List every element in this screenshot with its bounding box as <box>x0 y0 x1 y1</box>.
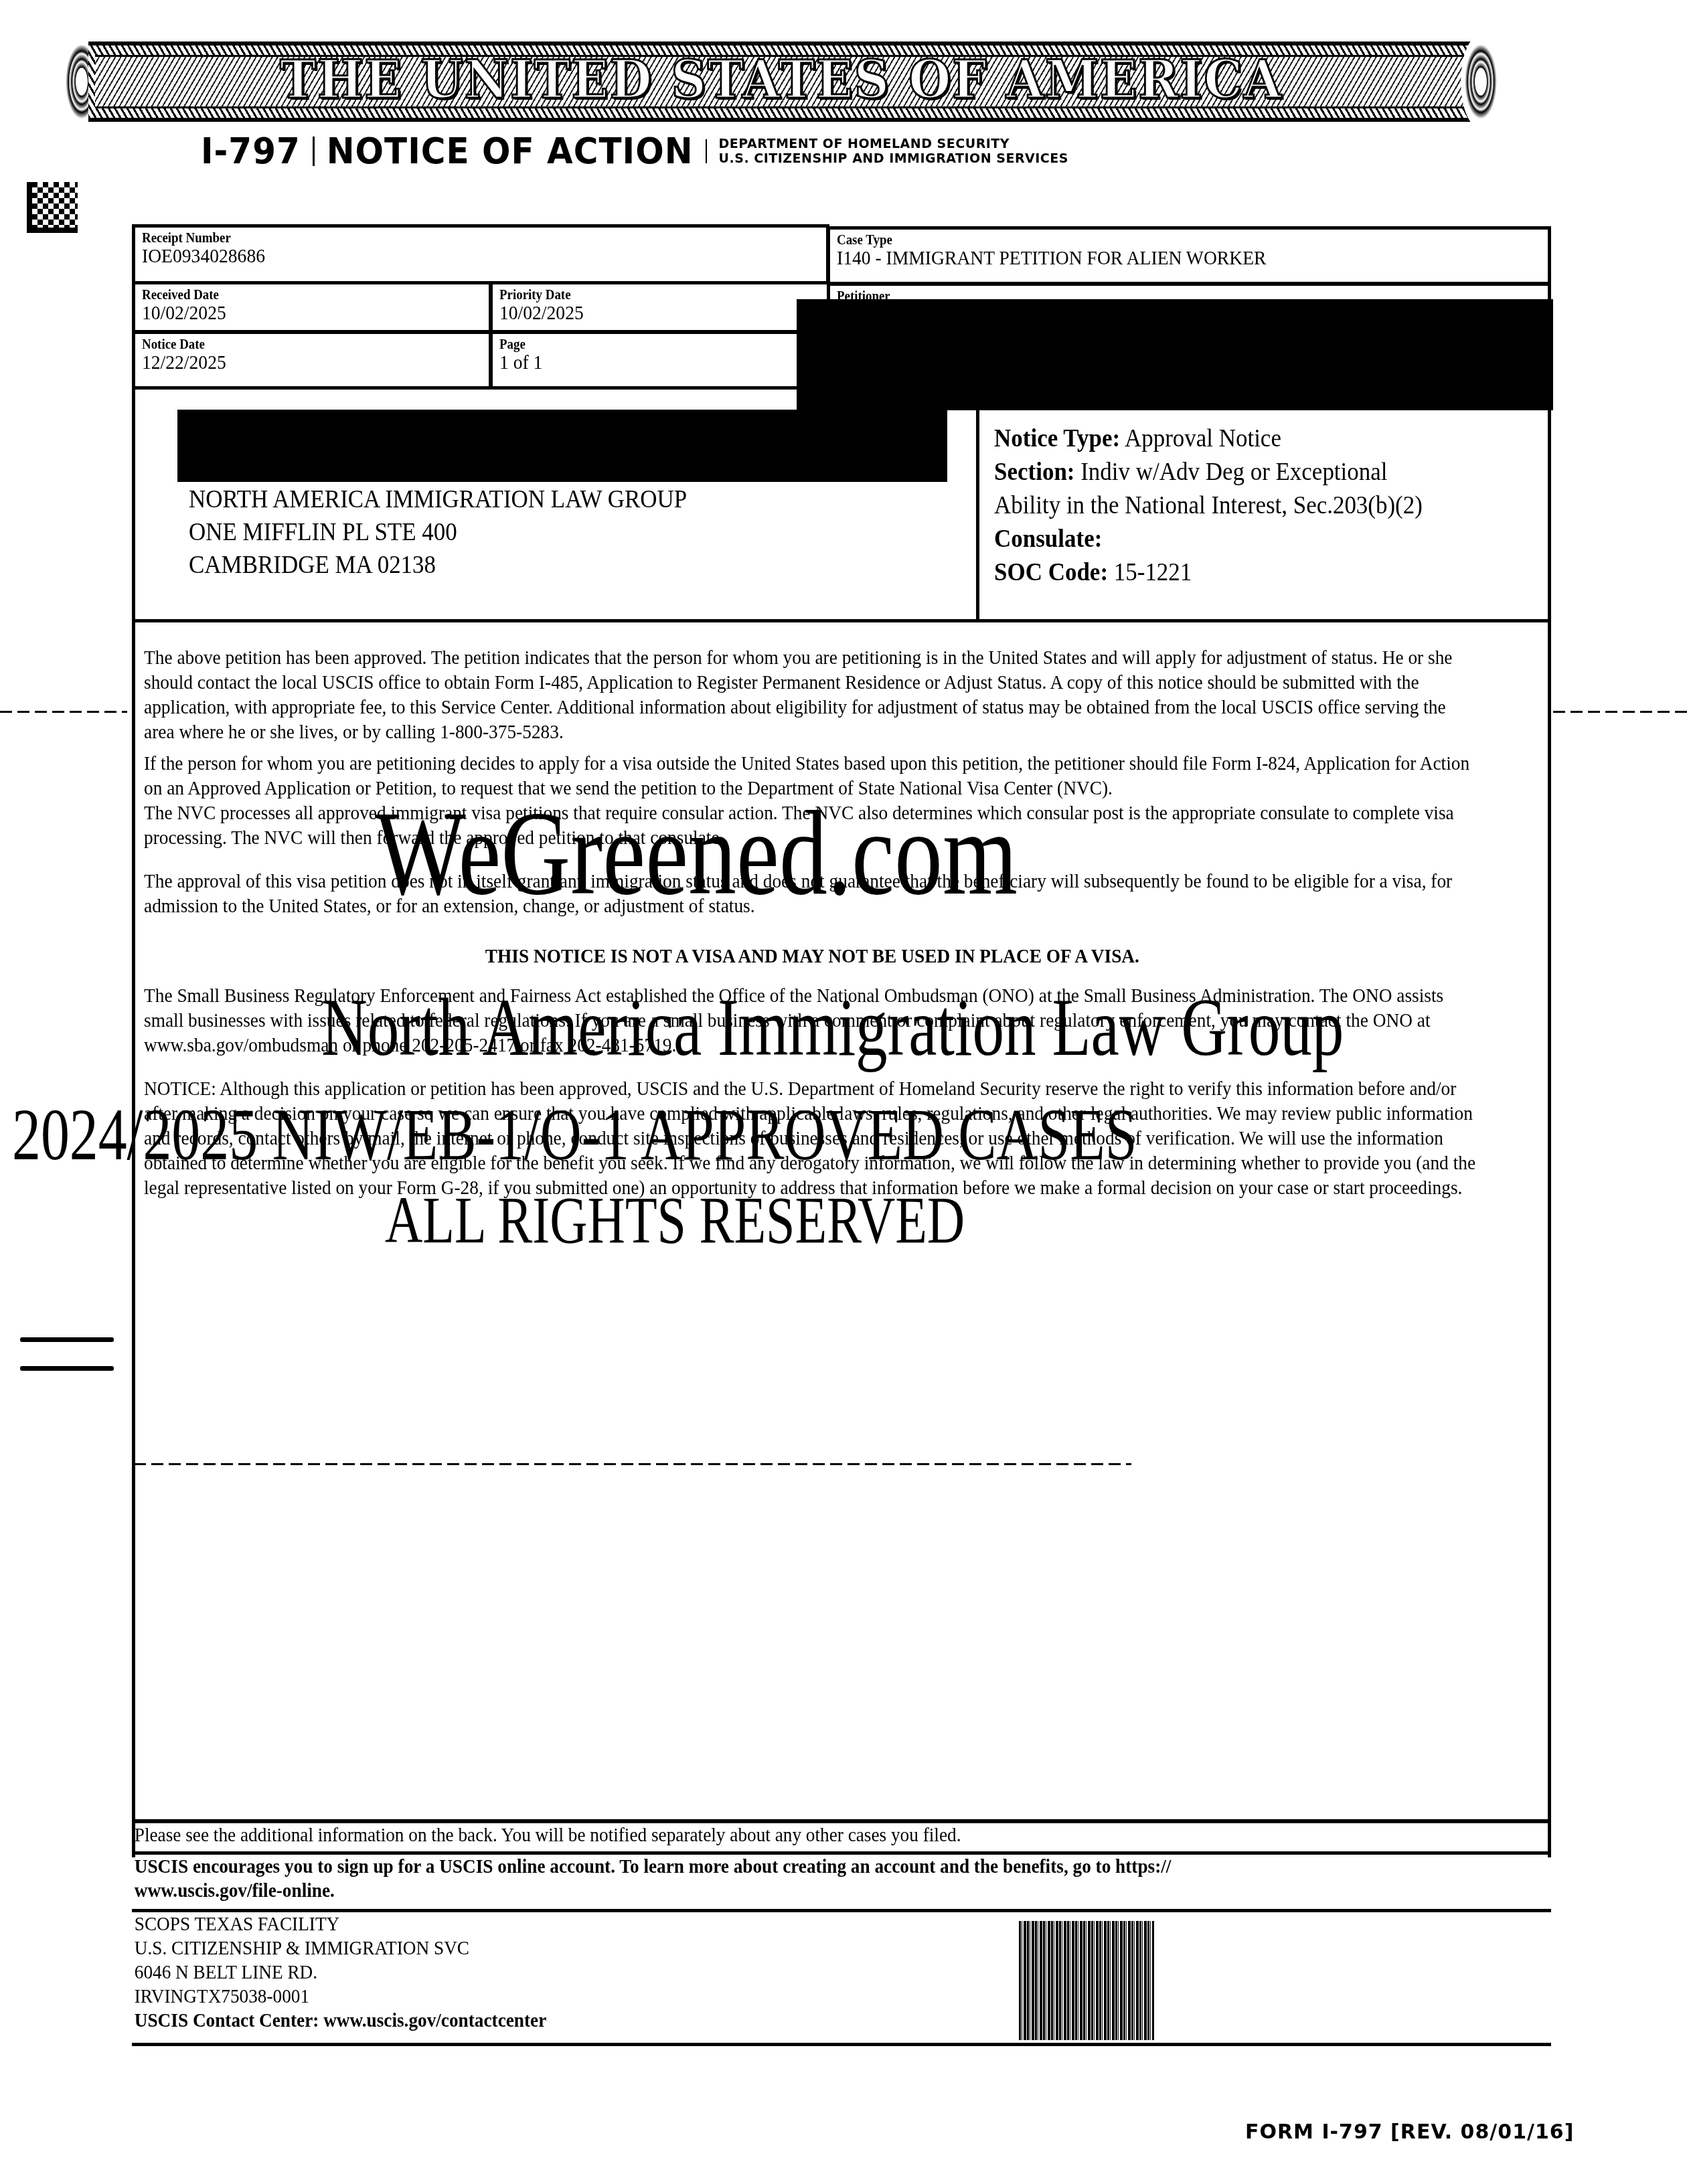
separator <box>313 137 315 166</box>
mailing-address: NORTH AMERICA IMMIGRATION LAW GROUP ONE … <box>189 483 687 582</box>
online-account-row: USCIS encourages you to sign up for a US… <box>132 1851 1551 1909</box>
datamatrix-code-icon <box>27 182 78 233</box>
service-center-row: SCOPS TEXAS FACILITY U.S. CITIZENSHIP & … <box>132 1909 1551 2046</box>
case-type: I140 - IMMIGRANT PETITION FOR ALIEN WORK… <box>837 247 1485 270</box>
section-line: Section: Indiv w/Adv Deg or Exceptional <box>994 455 1506 489</box>
case-type-label: Case Type <box>837 232 1471 247</box>
form-revision: FORM I-797 [REV. 08/01/16] <box>1245 2120 1574 2144</box>
received-date-label: Received Date <box>142 287 448 302</box>
body-paragraph: The above petition has been approved. Th… <box>144 646 1481 745</box>
receipt-number: IOE0934028686 <box>142 245 765 268</box>
scan-dash-rule <box>1553 711 1687 713</box>
agency-line: DEPARTMENT OF HOMELAND SECURITY <box>719 137 1068 151</box>
received-date: 10/02/2025 <box>142 302 455 325</box>
office-line: U.S. CITIZENSHIP & IMMIGRATION SVC <box>132 1936 1466 1960</box>
fold-mark-icon <box>20 1337 114 1395</box>
contact-center-link[interactable]: USCIS Contact Center: www.uscis.gov/cont… <box>132 2009 1466 2033</box>
notice-date-cell: Notice Date 12/22/2025 <box>132 331 492 390</box>
banner: THE UNITED STATES OF AMERICA <box>62 35 1501 129</box>
consulate-label: Consulate: <box>994 525 1102 553</box>
form-name: NOTICE OF ACTION <box>327 131 694 172</box>
separator <box>706 139 707 163</box>
page-cell: Page 1 of 1 <box>489 331 804 390</box>
visa-warning: THIS NOTICE IS NOT A VISA AND MAY NOT BE… <box>144 944 1481 969</box>
page-label: Page <box>499 337 768 351</box>
additional-info-row: Please see the additional information on… <box>132 1823 1551 1851</box>
section-divider <box>132 619 1551 622</box>
page-number: 1 of 1 <box>499 351 773 374</box>
section-label: Section: <box>994 458 1074 486</box>
form-title-row: I-797 NOTICE OF ACTION DEPARTMENT OF HOM… <box>201 131 1068 171</box>
section-line-2: Ability in the National Interest, Sec.20… <box>994 489 1506 522</box>
agency-line: U.S. CITIZENSHIP AND IMMIGRATION SERVICE… <box>719 151 1068 166</box>
redaction-petitioner <box>797 299 1553 410</box>
watermark-firm: North America Immigration Law Group <box>321 987 1344 1069</box>
receipt-number-label: Receipt Number <box>142 230 752 245</box>
online-account-link[interactable]: www.uscis.gov/file-online. <box>132 1879 1466 1903</box>
agency-block: DEPARTMENT OF HOMELAND SECURITY U.S. CIT… <box>719 137 1068 166</box>
soc-code-line: SOC Code: 15-1221 <box>994 556 1506 589</box>
case-type-cell: Case Type I140 - IMMIGRANT PETITION FOR … <box>827 226 1551 285</box>
address-line: ONE MIFFLIN PL STE 400 <box>189 516 687 549</box>
watermark-site: WeGreened.com <box>375 793 1018 914</box>
address-line: CAMBRIDGE MA 02138 <box>189 549 687 582</box>
soc-code-label: SOC Code: <box>994 558 1108 586</box>
redaction-beneficiary <box>177 410 947 482</box>
office-line: SCOPS TEXAS FACILITY <box>132 1912 1466 1936</box>
receipt-number-cell: Receipt Number IOE0934028686 <box>132 224 829 284</box>
office-line: 6046 N BELT LINE RD. <box>132 1960 1466 1985</box>
scan-dash-rule <box>134 1463 1131 1465</box>
priority-date: 10/02/2025 <box>499 302 773 325</box>
form-code: I-797 <box>201 131 301 172</box>
barcode-icon <box>1019 1921 1154 2040</box>
office-line: IRVINGTX75038-0001 <box>132 1985 1466 2009</box>
online-account-text: USCIS encourages you to sign up for a US… <box>132 1855 1466 1879</box>
notice-type-box: Notice Type: Approval Notice Section: In… <box>976 402 1551 622</box>
address-line: NORTH AMERICA IMMIGRATION LAW GROUP <box>189 483 687 516</box>
notice-date-label: Notice Date <box>142 337 448 351</box>
priority-date-label: Priority Date <box>499 287 768 302</box>
section-value: Indiv w/Adv Deg or Exceptional <box>1080 458 1387 486</box>
notice-type-value: Approval Notice <box>1125 424 1281 452</box>
banner-ornament-right-icon <box>1461 35 1501 129</box>
soc-code-value: 15-1221 <box>1114 558 1192 586</box>
scan-dash-rule <box>0 711 127 713</box>
received-date-cell: Received Date 10/02/2025 <box>132 281 492 333</box>
watermark-rights: ALL RIGHTS RESERVED <box>385 1187 965 1254</box>
notice-type-line: Notice Type: Approval Notice <box>994 422 1506 455</box>
notice-type-label: Notice Type: <box>994 424 1120 452</box>
banner-title: THE UNITED STATES OF AMERICA <box>112 50 1451 110</box>
watermark-cases: 2024/2025 NIW/EB-1/O-1 APPROVED CASES <box>12 1098 1137 1171</box>
priority-date-cell: Priority Date 10/02/2025 <box>489 281 804 333</box>
notice-date: 12/22/2025 <box>142 351 455 374</box>
additional-info-text: Please see the additional information on… <box>132 1823 1466 1847</box>
consulate-line: Consulate: <box>994 522 1506 556</box>
